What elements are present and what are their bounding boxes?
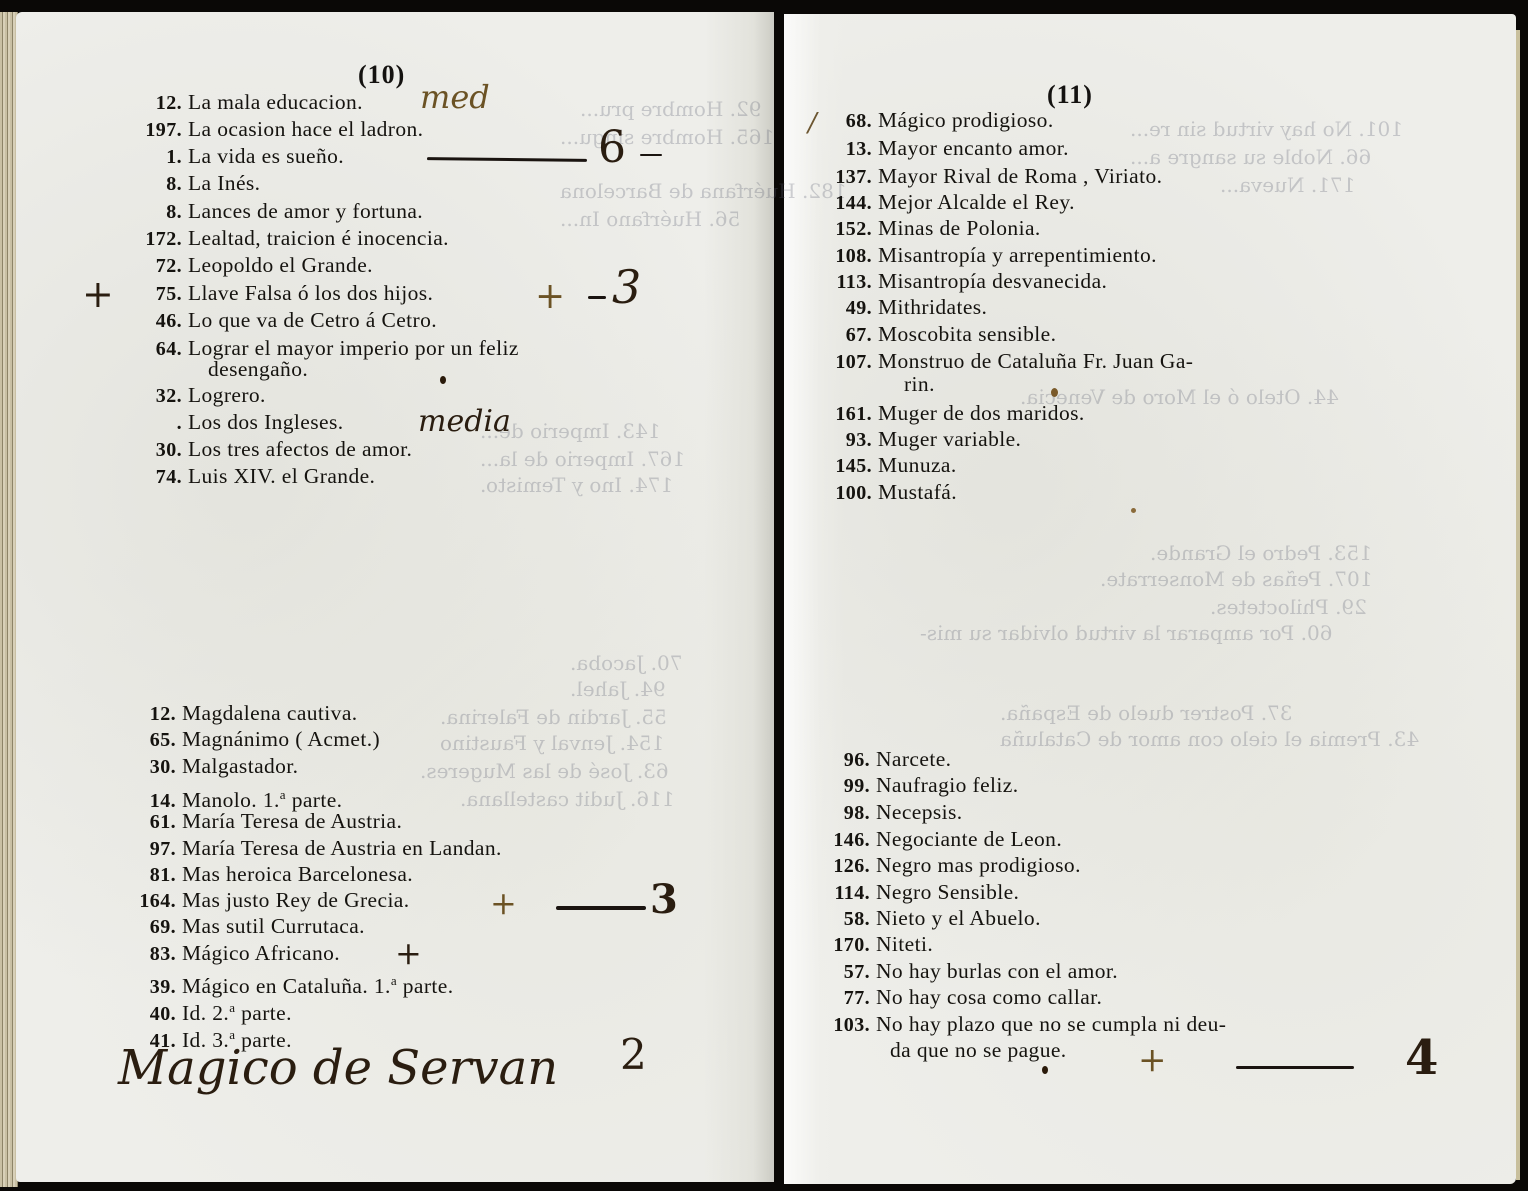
ink-spot — [1131, 508, 1136, 513]
catalog-entry: 137.Mayor Rival de Roma , Viriato. — [808, 163, 1162, 191]
entry-title: Monstruo de Cataluña Fr. Juan Ga- — [878, 349, 1193, 373]
entry-number: 107. — [808, 349, 872, 376]
catalog-entry: 72.Leopoldo el Grande. — [118, 252, 373, 280]
entry-number: 12. — [118, 90, 182, 117]
catalog-entry: 32.Logrero. — [118, 382, 266, 410]
bleed-through-text: 56. Huérfano In... — [560, 206, 740, 233]
catalog-entry: 30.Malgastador. — [112, 753, 298, 781]
entry-number: 32. — [118, 383, 182, 410]
catalog-entry: 172.Lealtad, traicion é inocencia. — [118, 225, 449, 253]
entry-title: Logrero. — [188, 383, 266, 407]
entry-number: 74. — [118, 464, 182, 491]
entry-number: 103. — [806, 1012, 870, 1039]
bleed-through-text: 29. Philoctetes. — [1210, 594, 1367, 621]
ink-spot — [1042, 1066, 1048, 1074]
entry-number: 81. — [112, 862, 176, 889]
catalog-entry: 13.Mayor encanto amor. — [808, 135, 1069, 163]
entry-title: Mas heroica Barcelonesa. — [182, 862, 413, 886]
bleed-through-text: 60. Por amparar la virtud olvidar su mis… — [920, 620, 1332, 647]
catalog-entry: 126.Negro mas prodigioso. — [806, 852, 1081, 880]
entry-number: 8. — [118, 199, 182, 226]
entry-title: No hay plazo que no se cumpla ni deu- — [876, 1012, 1226, 1036]
entry-number: 99. — [806, 773, 870, 800]
entry-number: 97. — [112, 836, 176, 863]
catalog-entry: 68.Mágico prodigioso. — [808, 107, 1054, 135]
catalog-entry: 67.Moscobita sensible. — [808, 321, 1056, 349]
bleed-through-text: 182. Huérfana de Barcelona — [560, 178, 847, 205]
catalog-entry: 12.Magdalena cautiva. — [112, 700, 358, 728]
bleed-through-text: 66. Noble su sangre a... — [1130, 144, 1371, 171]
entry-number: 96. — [806, 747, 870, 774]
handwritten-dash — [588, 296, 606, 299]
entry-number: 1. — [118, 144, 182, 171]
entry-number: 98. — [806, 800, 870, 827]
entry-continuation: desengaño. — [208, 357, 308, 382]
entry-title: La mala educacion. — [188, 90, 363, 114]
bleed-through-text: 174. Ino y Temisto. — [480, 472, 673, 499]
entry-title: No hay burlas con el amor. — [876, 959, 1118, 983]
catalog-entry: 49.Mithridates. — [808, 294, 987, 322]
bleed-through-text: 171. Nueva... — [1220, 172, 1355, 199]
page-number: (10) — [358, 60, 405, 90]
entry-title: Llave Falsa ó los dos hijos. — [188, 281, 433, 305]
catalog-entry: 83.Mágico Africano. — [112, 940, 340, 968]
entry-number: 152. — [808, 216, 872, 243]
bleed-through-text: 55. Jardin de Falerina. — [440, 704, 667, 731]
open-book-spread: 92. Hombre pru... 165. Hombre singu... 1… — [0, 0, 1528, 1191]
catalog-entry: 96.Narcete. — [806, 746, 951, 774]
catalog-entry: 103.No hay plazo que no se cumpla ni deu… — [806, 1011, 1226, 1039]
catalog-entry: 65.Magnánimo ( Acmet.) — [112, 726, 380, 754]
entry-number: 77. — [806, 985, 870, 1012]
entry-number: 161. — [808, 401, 872, 428]
entry-number: 72. — [118, 253, 182, 280]
entry-number: 114. — [806, 880, 870, 907]
bleed-through-text: 167. Imperio de la... — [480, 446, 685, 473]
catalog-entry: 145.Munuza. — [808, 452, 957, 480]
catalog-entry: 152.Minas de Polonia. — [808, 215, 1041, 243]
entry-title: Naufragio feliz. — [876, 773, 1019, 797]
handwritten-plus-mark: + — [490, 884, 517, 922]
entry-title: Magdalena cautiva. — [182, 701, 358, 725]
catalog-entry: 144.Mejor Alcalde el Rey. — [808, 189, 1075, 217]
entry-number: 13. — [808, 136, 872, 163]
bleed-through-text: 154. Jenval y Faustino — [440, 730, 664, 757]
handwritten-plus-mark: + — [395, 934, 422, 972]
entry-title: Muger variable. — [878, 427, 1021, 451]
entry-title: Negro Sensible. — [876, 880, 1019, 904]
entry-title: Luis XIV. el Grande. — [188, 464, 375, 488]
catalog-entry: 1.La vida es sueño. — [118, 143, 344, 171]
entry-number: 58. — [806, 906, 870, 933]
handwritten-annotation: med — [420, 78, 490, 116]
catalog-entry: 74.Luis XIV. el Grande. — [118, 463, 375, 491]
entry-title: La ocasion hace el ladron. — [188, 117, 423, 141]
entry-number: 83. — [112, 941, 176, 968]
entry-number: 108. — [808, 243, 872, 270]
handwritten-footer-note: Magico de Servan — [118, 1040, 558, 1096]
entry-title-suffix: parte. — [397, 974, 454, 998]
entry-title: Mágico prodigioso. — [878, 108, 1054, 132]
handwritten-annotation: 4 — [1405, 1030, 1438, 1086]
entry-title: Mithridates. — [878, 295, 987, 319]
handwritten-plus-mark: + — [535, 276, 565, 317]
entry-number: 172. — [118, 226, 182, 253]
entry-title: Leopoldo el Grande. — [188, 253, 373, 277]
entry-title: Mayor Rival de Roma , Viriato. — [878, 164, 1162, 188]
entry-title: Negociante de Leon. — [876, 827, 1062, 851]
foxing-spot — [1051, 388, 1058, 397]
entry-number: 46. — [118, 308, 182, 335]
bleed-through-text: 101. No hay virtud sin re... — [1130, 116, 1403, 143]
catalog-entry: 12.La mala educacion. — [118, 89, 363, 117]
bleed-through-text: 37. Postrer duelo de España. — [1000, 700, 1293, 727]
catalog-entry: 46.Lo que va de Cetro á Cetro. — [118, 307, 437, 335]
entry-title: Moscobita sensible. — [878, 322, 1056, 346]
entry-title: Lo que va de Cetro á Cetro. — [188, 308, 437, 332]
entry-title: Minas de Polonia. — [878, 216, 1041, 240]
entry-title: No hay cosa como callar. — [876, 985, 1102, 1009]
entry-number: 65. — [112, 727, 176, 754]
catalog-entry: 170.Niteti. — [806, 931, 933, 959]
entry-number: 8. — [118, 171, 182, 198]
entry-title: Mágico Africano. — [182, 941, 340, 965]
entry-number: 144. — [808, 190, 872, 217]
entry-title: Muger de dos maridos. — [878, 401, 1085, 425]
entry-number: 68. — [808, 108, 872, 135]
bleed-through-text: 94. Jahel. — [570, 676, 666, 703]
catalog-entry: 81.Mas heroica Barcelonesa. — [112, 861, 413, 889]
catalog-entry: 164.Mas justo Rey de Grecia. — [112, 887, 410, 915]
catalog-entry: 69.Mas sutil Currutaca. — [112, 913, 365, 941]
catalog-entry: 98.Necepsis. — [806, 799, 963, 827]
entry-title: Magnánimo ( Acmet.) — [182, 727, 380, 751]
bleed-through-text: 92. Hombre pru... — [580, 96, 761, 123]
catalog-entry: 77.No hay cosa como callar. — [806, 984, 1102, 1012]
entry-title: María Teresa de Austria en Landan. — [182, 836, 502, 860]
catalog-entry: 8.La Inés. — [118, 170, 260, 198]
entry-number: 100. — [808, 480, 872, 507]
entry-title: Mustafá. — [878, 480, 957, 504]
bleed-through-text: 70. Jacoba. — [570, 650, 682, 677]
ink-spot — [440, 376, 446, 384]
entry-title: La vida es sueño. — [188, 144, 344, 168]
entry-number: 64. — [118, 336, 182, 363]
entry-number: 126. — [806, 853, 870, 880]
entry-title: Los tres afectos de amor. — [188, 437, 412, 461]
bleed-through-text: 153. Pedro el Grande. — [1150, 540, 1372, 567]
catalog-entry: 64.Lograr el mayor imperio por un feliz — [118, 335, 519, 363]
entry-title: Negro mas prodigioso. — [876, 853, 1081, 877]
entry-title: Narcete. — [876, 747, 951, 771]
entry-number: 69. — [112, 914, 176, 941]
handwritten-annotation: 2 — [620, 1030, 647, 1079]
entry-title: Mayor encanto amor. — [878, 136, 1069, 160]
entry-title: Necepsis. — [876, 800, 963, 824]
catalog-entry: 93.Muger variable. — [808, 426, 1021, 454]
catalog-entry: 100.Mustafá. — [808, 479, 957, 507]
handwritten-annotation: 3 — [650, 876, 678, 923]
entry-number: 57. — [806, 959, 870, 986]
catalog-entry: 197.La ocasion hace el ladron. — [118, 116, 423, 144]
right-fore-edge — [1516, 30, 1520, 1180]
entry-number: 12. — [112, 701, 176, 728]
handwritten-annotation: 6 — [598, 122, 626, 173]
handwritten-plus-mark: + — [1138, 1040, 1167, 1080]
handwritten-tick-mark: / — [808, 108, 817, 138]
catalog-entry: 57.No hay burlas con el amor. — [806, 958, 1118, 986]
bleed-through-text: 63. José de las Mugeres. — [420, 758, 669, 785]
entry-title: Mejor Alcalde el Rey. — [878, 190, 1075, 214]
bleed-through-text: 43. Premia el cielo con amor de Cataluña — [1000, 726, 1419, 753]
handwritten-annotation: media — [418, 404, 511, 439]
entry-title: Misantropía y arrepentimiento. — [878, 243, 1157, 267]
entry-number: 30. — [112, 754, 176, 781]
entry-title: La Inés. — [188, 171, 260, 195]
entry-title: María Teresa de Austria. — [182, 809, 402, 833]
bleed-through-text: 165. Hombre singu... — [560, 124, 774, 151]
entry-title: Malgastador. — [182, 754, 298, 778]
catalog-entry: 8.Lances de amor y fortuna. — [118, 198, 423, 226]
entry-number: 137. — [808, 164, 872, 191]
catalog-entry: 75.Llave Falsa ó los dos hijos. — [118, 280, 433, 308]
entry-title: Munuza. — [878, 453, 957, 477]
catalog-entry: 61.María Teresa de Austria. — [112, 808, 402, 836]
entry-number: 197. — [118, 117, 182, 144]
handwritten-plus-mark: + — [82, 272, 114, 316]
entry-title: Nieto y el Abuelo. — [876, 906, 1041, 930]
handwritten-line — [1236, 1066, 1354, 1069]
entry-number: 67. — [808, 322, 872, 349]
bleed-through-text: 107. Peñas de Monserrate. — [1100, 566, 1372, 593]
entry-number: 145. — [808, 453, 872, 480]
entry-title: Niteti. — [876, 932, 933, 956]
entry-number: 30. — [118, 437, 182, 464]
entry-number: 164. — [112, 888, 176, 915]
catalog-entry: 58.Nieto y el Abuelo. — [806, 905, 1041, 933]
entry-number: 146. — [806, 827, 870, 854]
entry-title: Misantropía desvanecida. — [878, 269, 1107, 293]
entry-title: Mas sutil Currutaca. — [182, 914, 365, 938]
handwritten-annotation: 3 — [612, 260, 641, 314]
catalog-entry: 161.Muger de dos maridos. — [808, 400, 1085, 428]
bleed-through-text: 116. Judit castellana. — [460, 786, 675, 813]
catalog-entry: 113.Misantropía desvanecida. — [808, 268, 1107, 296]
entry-title: Los dos Ingleses. — [188, 410, 344, 434]
entry-number: 49. — [808, 295, 872, 322]
catalog-entry: 97.María Teresa de Austria en Landan. — [112, 835, 502, 863]
page-number: (11) — [1047, 80, 1093, 110]
entry-number: 113. — [808, 269, 872, 296]
entry-title: Lances de amor y fortuna. — [188, 199, 423, 223]
handwritten-dash — [640, 154, 662, 156]
entry-number: 61. — [112, 809, 176, 836]
entry-title: Mas justo Rey de Grecia. — [182, 888, 410, 912]
entry-number: 93. — [808, 427, 872, 454]
entry-title: Lealtad, traicion é inocencia. — [188, 226, 449, 250]
entry-continuation: da que no se pague. — [890, 1038, 1067, 1063]
entry-number: 75. — [118, 281, 182, 308]
catalog-entry: 114.Negro Sensible. — [806, 879, 1019, 907]
catalog-entry: 107.Monstruo de Cataluña Fr. Juan Ga- — [808, 348, 1193, 376]
catalog-entry: 108.Misantropía y arrepentimiento. — [808, 242, 1157, 270]
entry-number: 170. — [806, 932, 870, 959]
catalog-entry: 99.Naufragio feliz. — [806, 772, 1019, 800]
entry-continuation: rin. — [904, 372, 935, 397]
catalog-entry: 30.Los tres afectos de amor. — [118, 436, 412, 464]
catalog-entry: .Los dos Ingleses. — [118, 409, 344, 437]
catalog-entry: 146.Negociante de Leon. — [806, 826, 1062, 854]
entry-number: . — [118, 410, 182, 437]
handwritten-line — [556, 906, 646, 910]
